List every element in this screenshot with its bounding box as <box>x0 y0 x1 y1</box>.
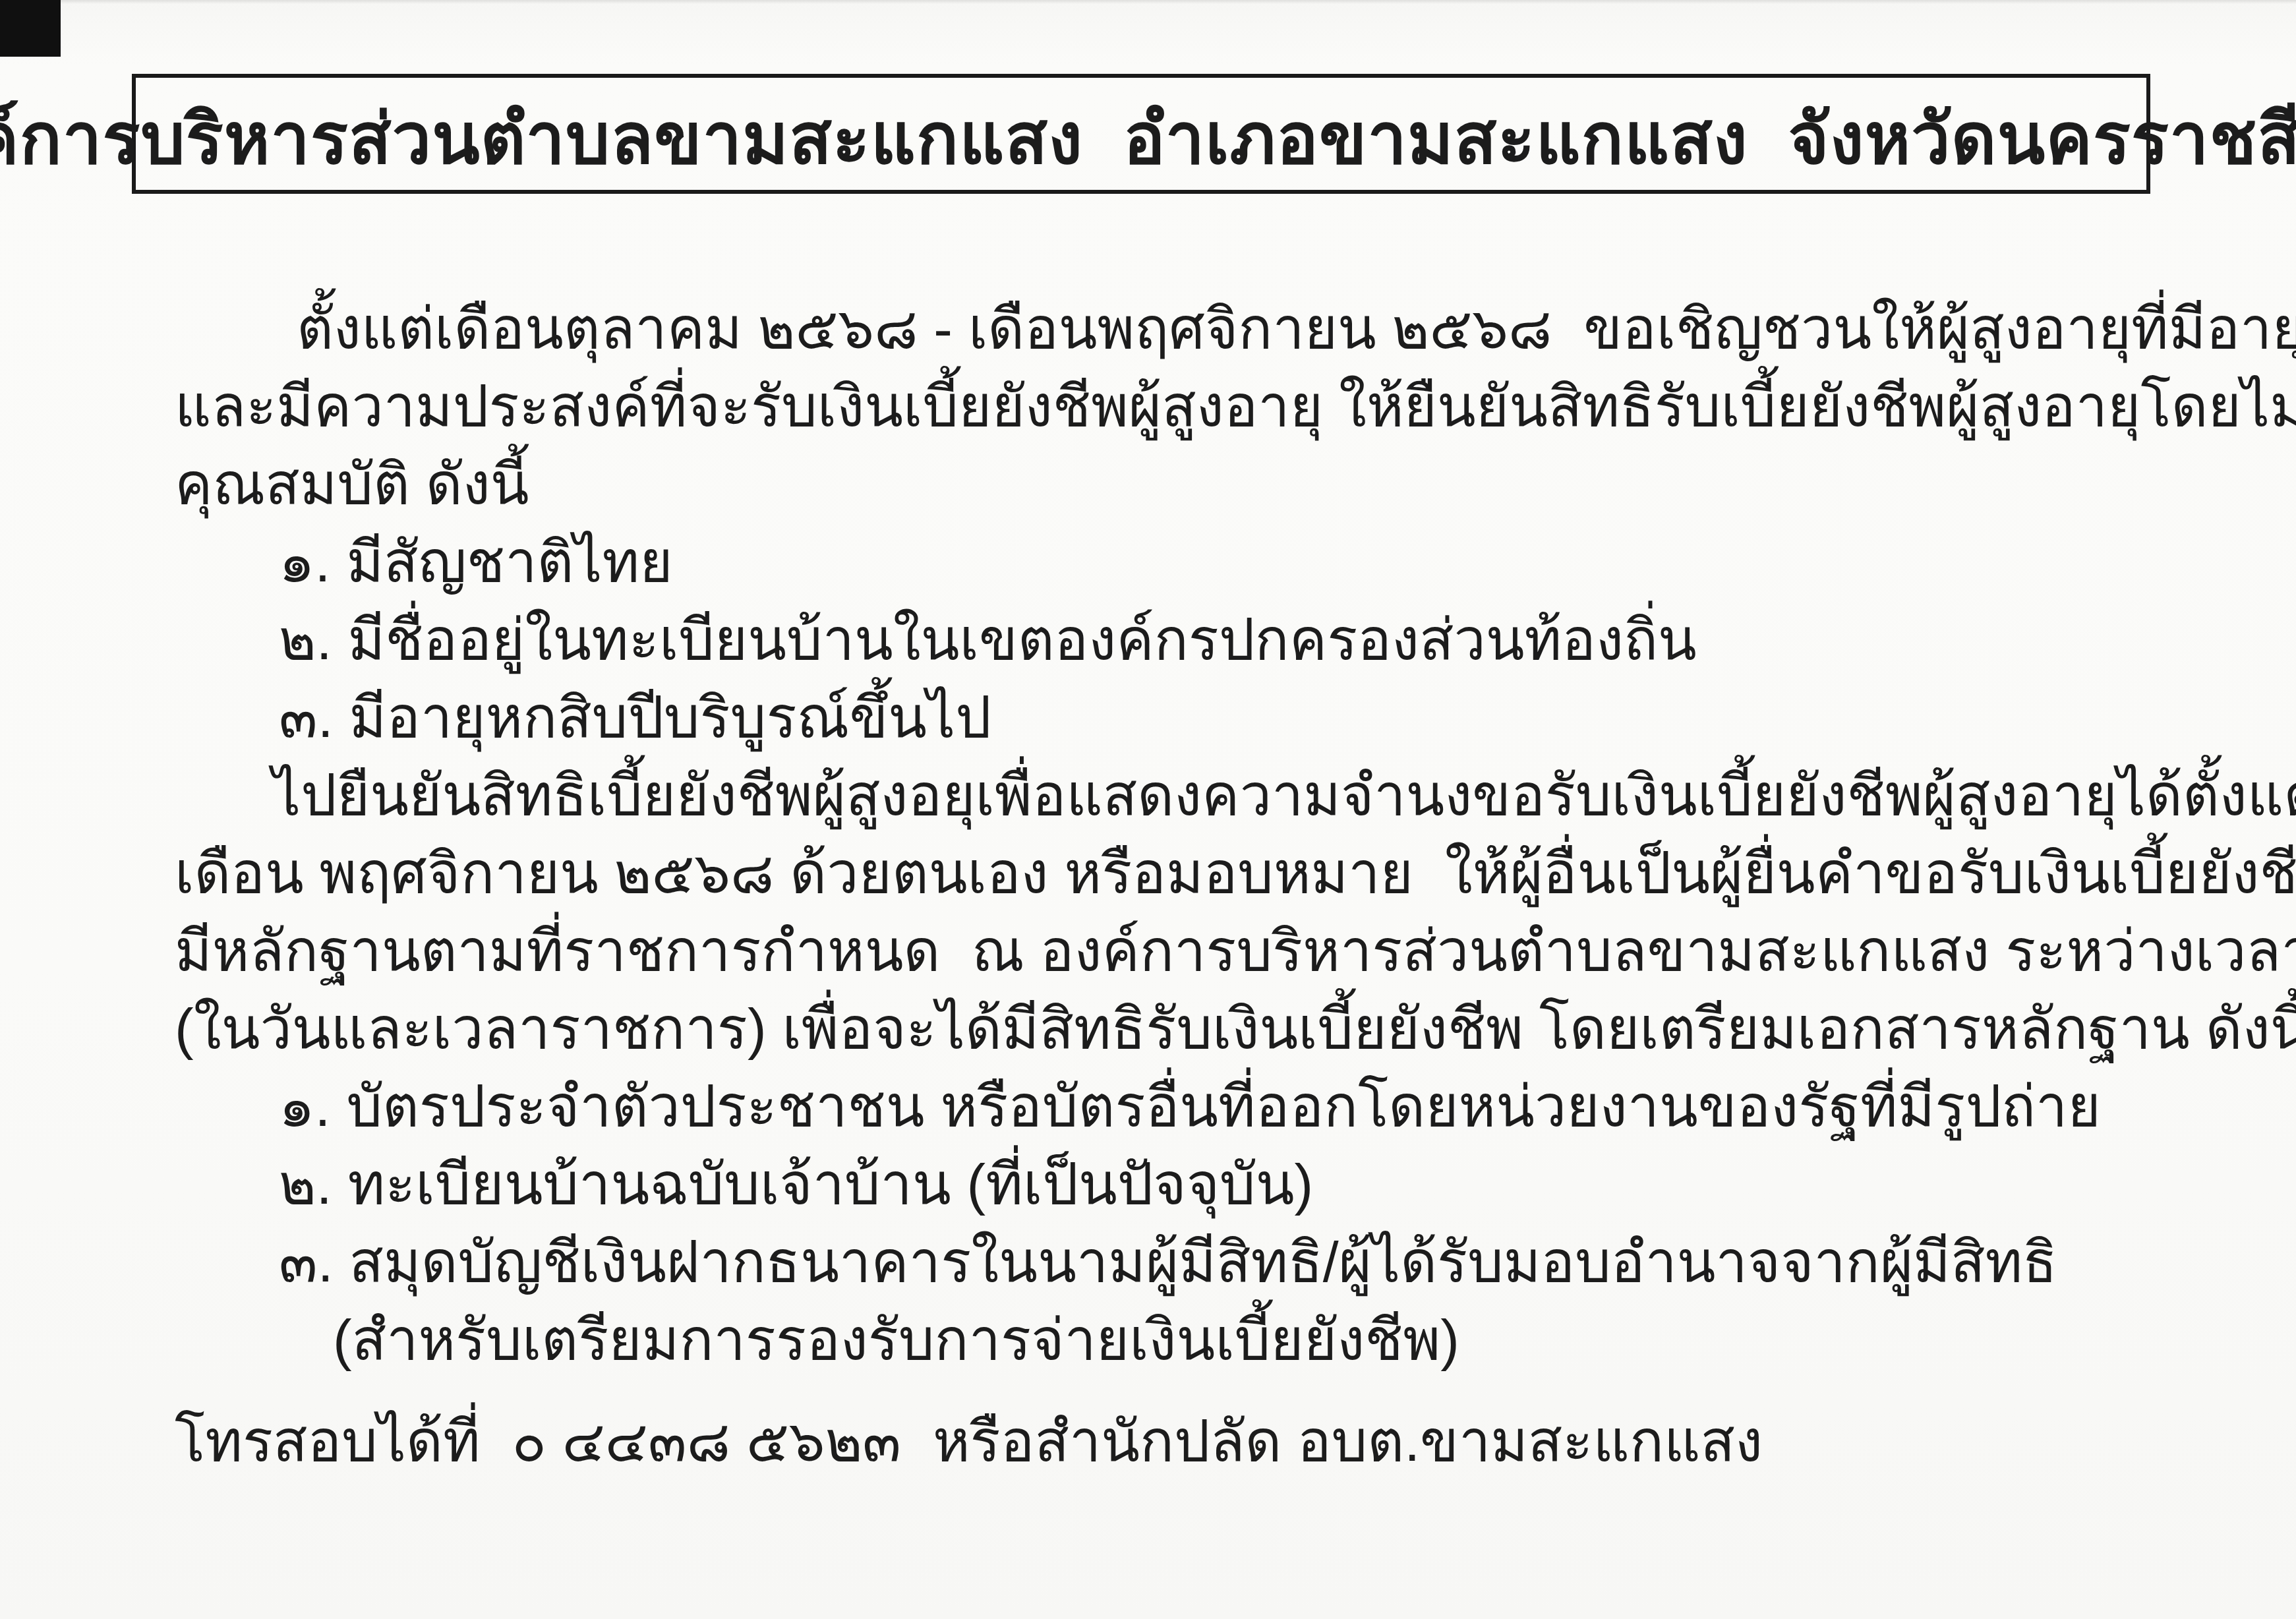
document-body: ตั้งแต่เดือนตุลาคม ๒๕๖๘ - เดือนพฤศจิกายน… <box>175 290 2258 1379</box>
required-document-note: (สำหรับเตรียมการรองรับการจ่ายเงินเบี้ยยั… <box>175 1301 2258 1379</box>
scanned-announcement-page: องค์การบริหารส่วนตำบลขามสะแกแสง อำเภอขาม… <box>0 0 2296 1619</box>
scan-artifact-corner <box>0 0 61 57</box>
intro-line-3: คุณสมบัติ ดังนี้ <box>175 446 2258 523</box>
required-document-item-3: ๓. สมุดบัญชีเงินฝากธนาคารในนามผู้มีสิทธิ… <box>175 1223 2258 1301</box>
intro-line-2: และมีความประสงค์ที่จะรับเงินเบี้ยยังชีพผ… <box>175 368 2258 446</box>
qualification-item-3: ๓. มีอายุหกสิบปีบริบูรณ์ขึ้นไป <box>175 679 2258 757</box>
document-title-box: องค์การบริหารส่วนตำบลขามสะแกแสง อำเภอขาม… <box>132 74 2150 194</box>
document-title: องค์การบริหารส่วนตำบลขามสะแกแสง อำเภอขาม… <box>0 82 2296 194</box>
required-document-item-1: ๑. บัตรประจำตัวประชาชน หรือบัตรอื่นที่ออ… <box>175 1068 2258 1146</box>
procedure-line-4: (ในวันและเวลาราชการ) เพื่อจะได้มีสิทธิรั… <box>175 990 2258 1068</box>
qualification-item-1: ๑. มีสัญชาติไทย <box>175 523 2258 601</box>
procedure-line-2: เดือน พฤศจิกายน ๒๕๖๘ ด้วยตนเอง หรือมอบหม… <box>175 835 2258 912</box>
procedure-line-3: มีหลักฐานตามที่ราชการกำหนด ณ องค์การบริห… <box>175 912 2258 990</box>
required-document-item-2: ๒. ทะเบียนบ้านฉบับเจ้าบ้าน (ที่เป็นปัจจุ… <box>175 1146 2258 1223</box>
intro-line-1: ตั้งแต่เดือนตุลาคม ๒๕๖๘ - เดือนพฤศจิกายน… <box>175 290 2258 368</box>
scan-edge-shadow <box>0 0 2296 4</box>
procedure-line-1: ไปยืนยันสิทธิเบี้ยยังชีพผู้สูงอยุเพื่อแส… <box>175 757 2258 835</box>
contact-phone-line: โทรสอบได้ที่ ๐ ๔๔๓๘ ๕๖๒๓ หรือสำนักปลัด อ… <box>175 1403 1763 1481</box>
qualification-item-2: ๒. มีชื่ออยู่ในทะเบียนบ้านในเขตองค์กรปกค… <box>175 601 2258 679</box>
